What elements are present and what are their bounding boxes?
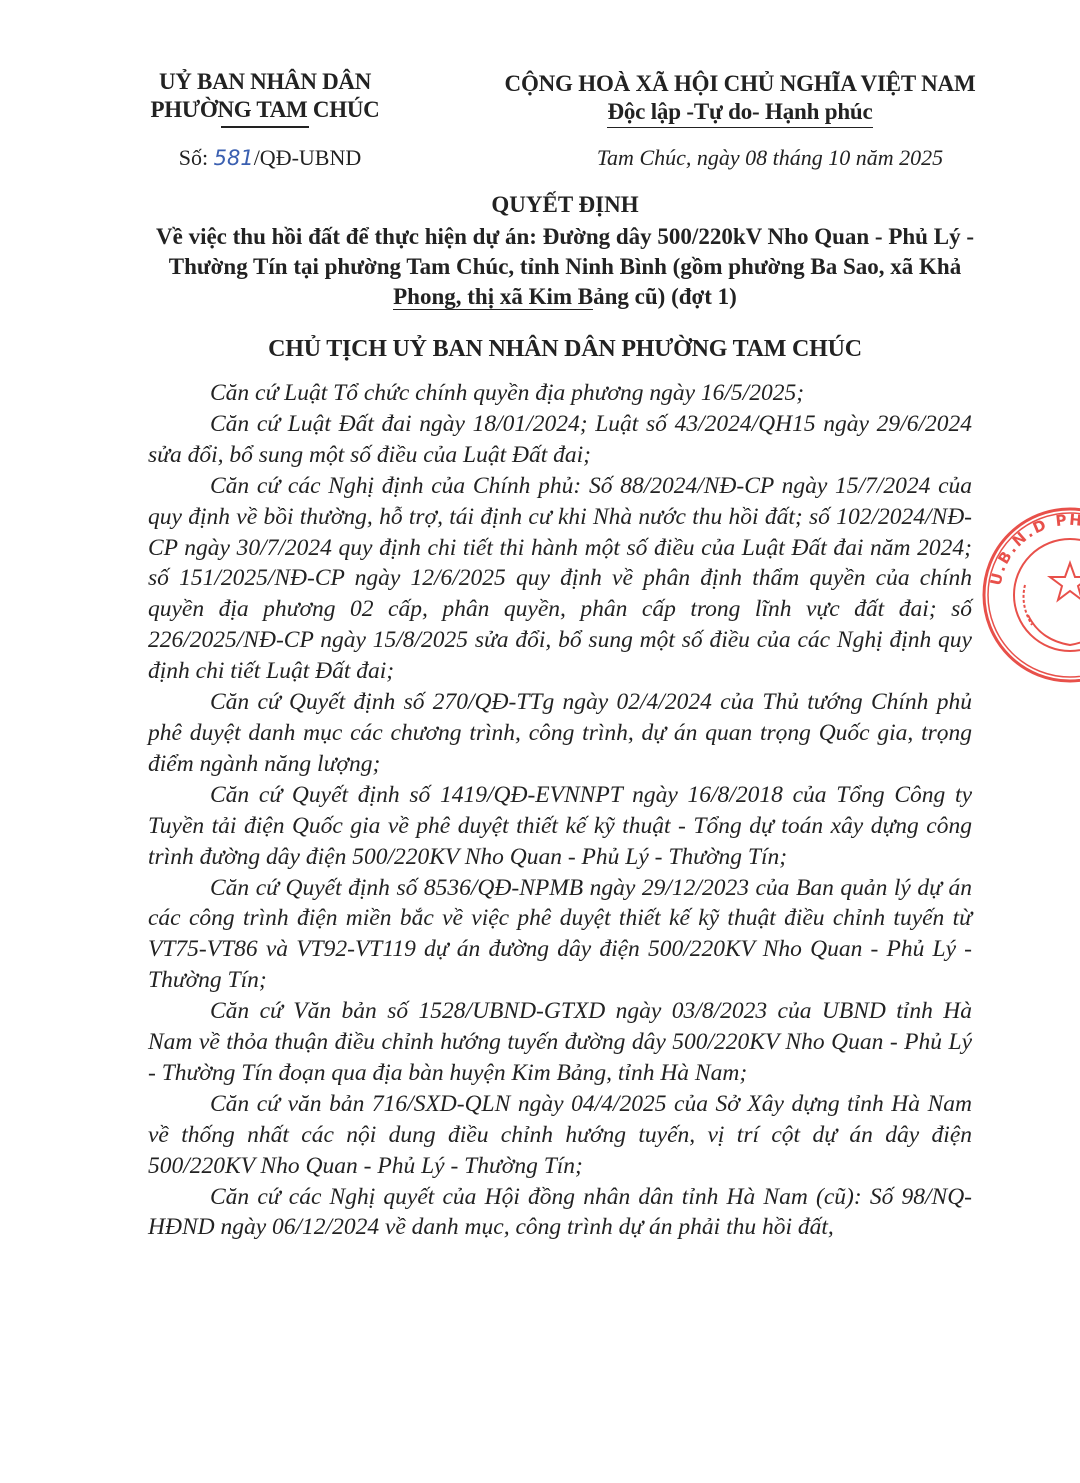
legal-basis-paragraph: Căn cứ Luật Tổ chức chính quyền địa phươ…	[148, 378, 972, 409]
legal-basis-paragraph: Căn cứ Luật Đất đai ngày 18/01/2024; Luậ…	[148, 409, 972, 471]
document-title: QUYẾT ĐỊNH	[100, 192, 1030, 218]
nation-title: CỘNG HOÀ XÃ HỘI CHỦ NGHĨA VIỆT NAM	[450, 70, 1030, 98]
national-header: CỘNG HOÀ XÃ HỘI CHỦ NGHĨA VIỆT NAM Độc l…	[450, 70, 1030, 128]
legal-basis-paragraph: Căn cứ các Nghị quyết của Hội đồng nhân …	[148, 1182, 972, 1244]
issuer-line-1: UỶ BAN NHÂN DÂN	[100, 68, 430, 96]
national-motto: Độc lập -Tự do- Hạnh phúc	[607, 98, 872, 128]
legal-basis-paragraph: Căn cứ Quyết định số 1419/QĐ-EVNNPT ngày…	[148, 780, 972, 873]
issuer-block: UỶ BAN NHÂN DÂN PHƯỜNG TAM CHÚC	[100, 68, 430, 128]
number-prefix: Số:	[179, 145, 214, 170]
number-suffix: /QĐ-UBND	[254, 145, 362, 170]
subtitle-part-1: Về việc thu hồi đất để thực hiện dự án: …	[156, 224, 974, 279]
document-subtitle: Về việc thu hồi đất để thực hiện dự án: …	[150, 222, 980, 312]
issuing-authority: CHỦ TỊCH UỶ BAN NHÂN DÂN PHƯỜNG TAM CHÚC	[100, 336, 1030, 363]
legal-basis-paragraph: Căn cứ các Nghị định của Chính phủ: Số 8…	[148, 471, 972, 687]
legal-basis-paragraph: Căn cứ Quyết định số 8536/QĐ-NPMB ngày 2…	[148, 873, 972, 997]
issuer-line-2: PHƯỜNG TAM CHÚC	[100, 96, 430, 124]
document-body: Căn cứ Luật Tổ chức chính quyền địa phươ…	[148, 378, 972, 1243]
place-date: Tam Chúc, ngày 08 tháng 10 năm 2025	[520, 145, 1020, 171]
seal-text: U.B.N.D PHƯỜNG TAM CH	[987, 511, 1080, 646]
legal-basis-paragraph: Căn cứ văn bản 716/SXD-QLN ngày 04/4/202…	[148, 1089, 972, 1182]
handwritten-number: 581	[214, 146, 254, 170]
document-number: Số: 581/QĐ-UBND	[160, 145, 380, 171]
official-seal-icon: U.B.N.D PHƯỜNG TAM CH	[980, 505, 1080, 685]
subtitle-underlined: Phong, thị xã Kim B	[393, 284, 593, 310]
subtitle-part-2: ảng cũ) (đợt 1)	[593, 284, 737, 309]
legal-basis-paragraph: Căn cứ Văn bản số 1528/UBND-GTXD ngày 03…	[148, 996, 972, 1089]
issuer-underline	[221, 126, 309, 128]
svg-text:U.B.N.D PHƯỜNG TAM CH: U.B.N.D PHƯỜNG TAM CH	[987, 511, 1080, 646]
legal-basis-paragraph: Căn cứ Quyết định số 270/QĐ-TTg ngày 02/…	[148, 687, 972, 780]
